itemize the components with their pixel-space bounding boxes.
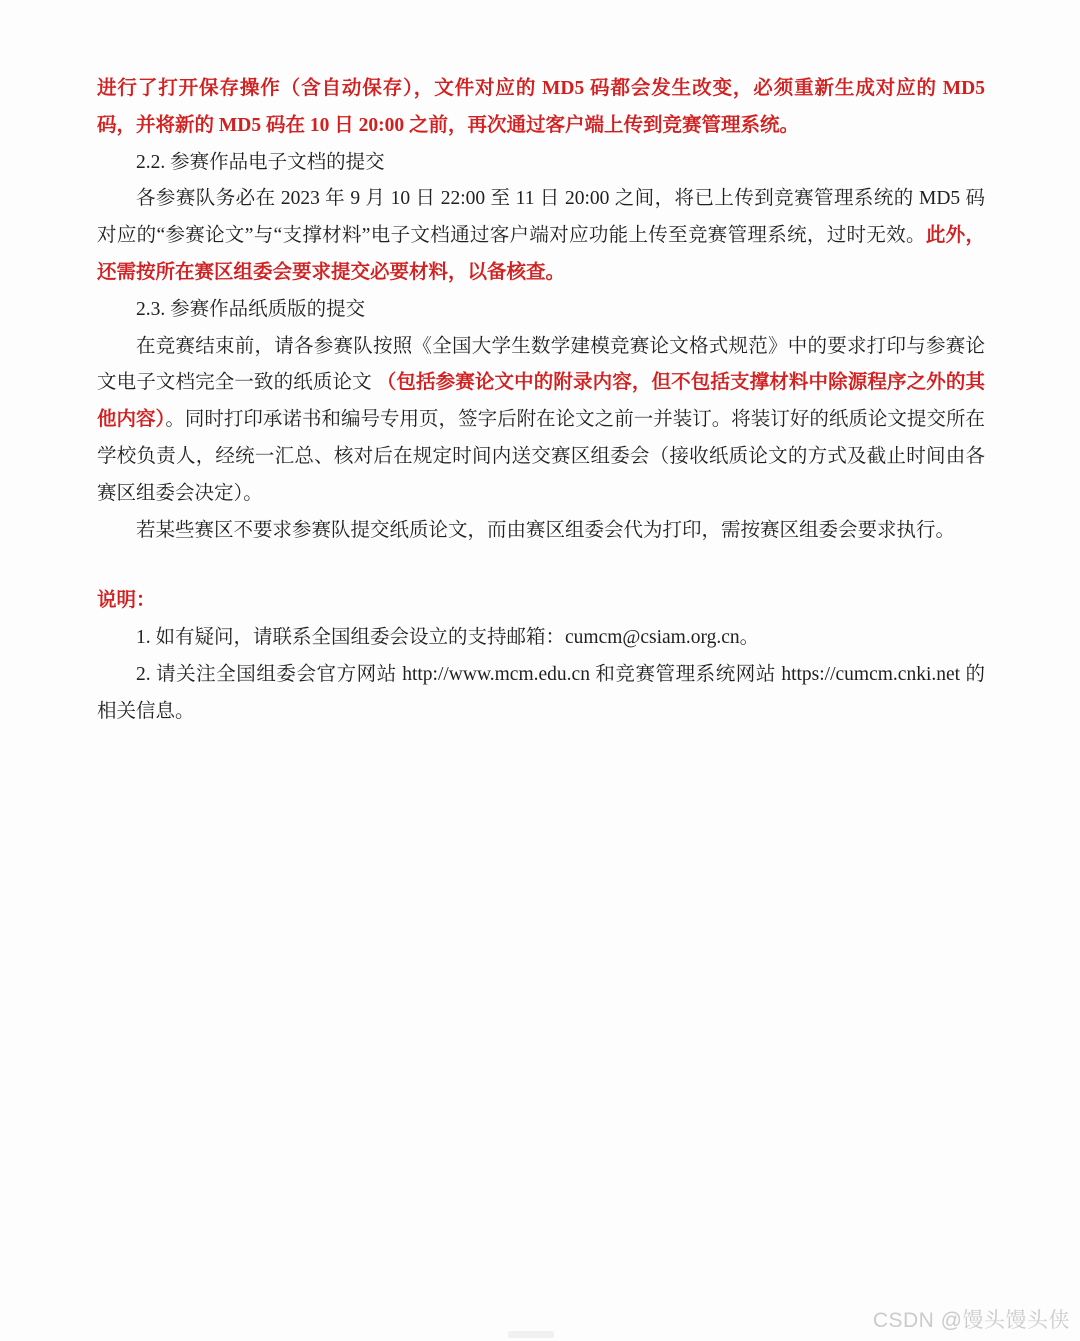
- text-segment: 。同时打印承诺书和编号专用页，签字后附在论文之前一并装订。将装订好的纸质论文提交…: [97, 409, 985, 504]
- text-segment: 若某些赛区不要求参赛队提交纸质论文，而由赛区组委会代为打印，需按赛区组委会要求执…: [136, 520, 955, 541]
- text-segment: 2.2. 参赛作品电子文档的提交: [136, 152, 385, 173]
- text-segment: 2. 请关注全国组委会官方网站 http://www.mcm.edu.cn 和竞…: [97, 664, 985, 722]
- note-item-2: 2. 请关注全国组委会官方网站 http://www.mcm.edu.cn 和竞…: [97, 657, 985, 731]
- heading-notes: 说明：: [97, 583, 985, 620]
- text-segment: 各参赛队务必在 2023 年 9 月 10 日 22:00 至 11 日 20:…: [97, 188, 985, 246]
- paragraph-region-exception: 若某些赛区不要求参赛队提交纸质论文，而由赛区组委会代为打印，需按赛区组委会要求执…: [97, 513, 985, 550]
- text-segment: 2.3. 参赛作品纸质版的提交: [136, 299, 365, 320]
- heading-2-2: 2.2. 参赛作品电子文档的提交: [97, 145, 985, 182]
- text-segment: 进行了打开保存操作（含自动保存），文件对应的 MD5 码都会发生改变，必须重新生…: [97, 78, 985, 136]
- paragraph-electronic-submission: 各参赛队务必在 2023 年 9 月 10 日 22:00 至 11 日 20:…: [97, 181, 985, 291]
- text-segment: 说明：: [97, 590, 156, 611]
- paragraph-md5-warning: 进行了打开保存操作（含自动保存），文件对应的 MD5 码都会发生改变，必须重新生…: [97, 71, 985, 145]
- text-segment: 1. 如有疑问，请联系全国组委会设立的支持邮箱：cumcm@csiam.org.…: [136, 627, 759, 648]
- document-page: 进行了打开保存操作（含自动保存），文件对应的 MD5 码都会发生改变，必须重新生…: [0, 0, 1080, 1341]
- note-item-1: 1. 如有疑问，请联系全国组委会设立的支持邮箱：cumcm@csiam.org.…: [97, 620, 985, 657]
- csdn-watermark: CSDN @馒头馒头侠: [873, 1304, 1070, 1334]
- footer-faint-mark: [508, 1331, 554, 1338]
- heading-2-3: 2.3. 参赛作品纸质版的提交: [97, 292, 985, 329]
- paragraph-paper-submission: 在竞赛结束前，请各参赛队按照《全国大学生数学建模竞赛论文格式规范》中的要求打印与…: [97, 329, 985, 513]
- document-body: 进行了打开保存操作（含自动保存），文件对应的 MD5 码都会发生改变，必须重新生…: [97, 71, 985, 731]
